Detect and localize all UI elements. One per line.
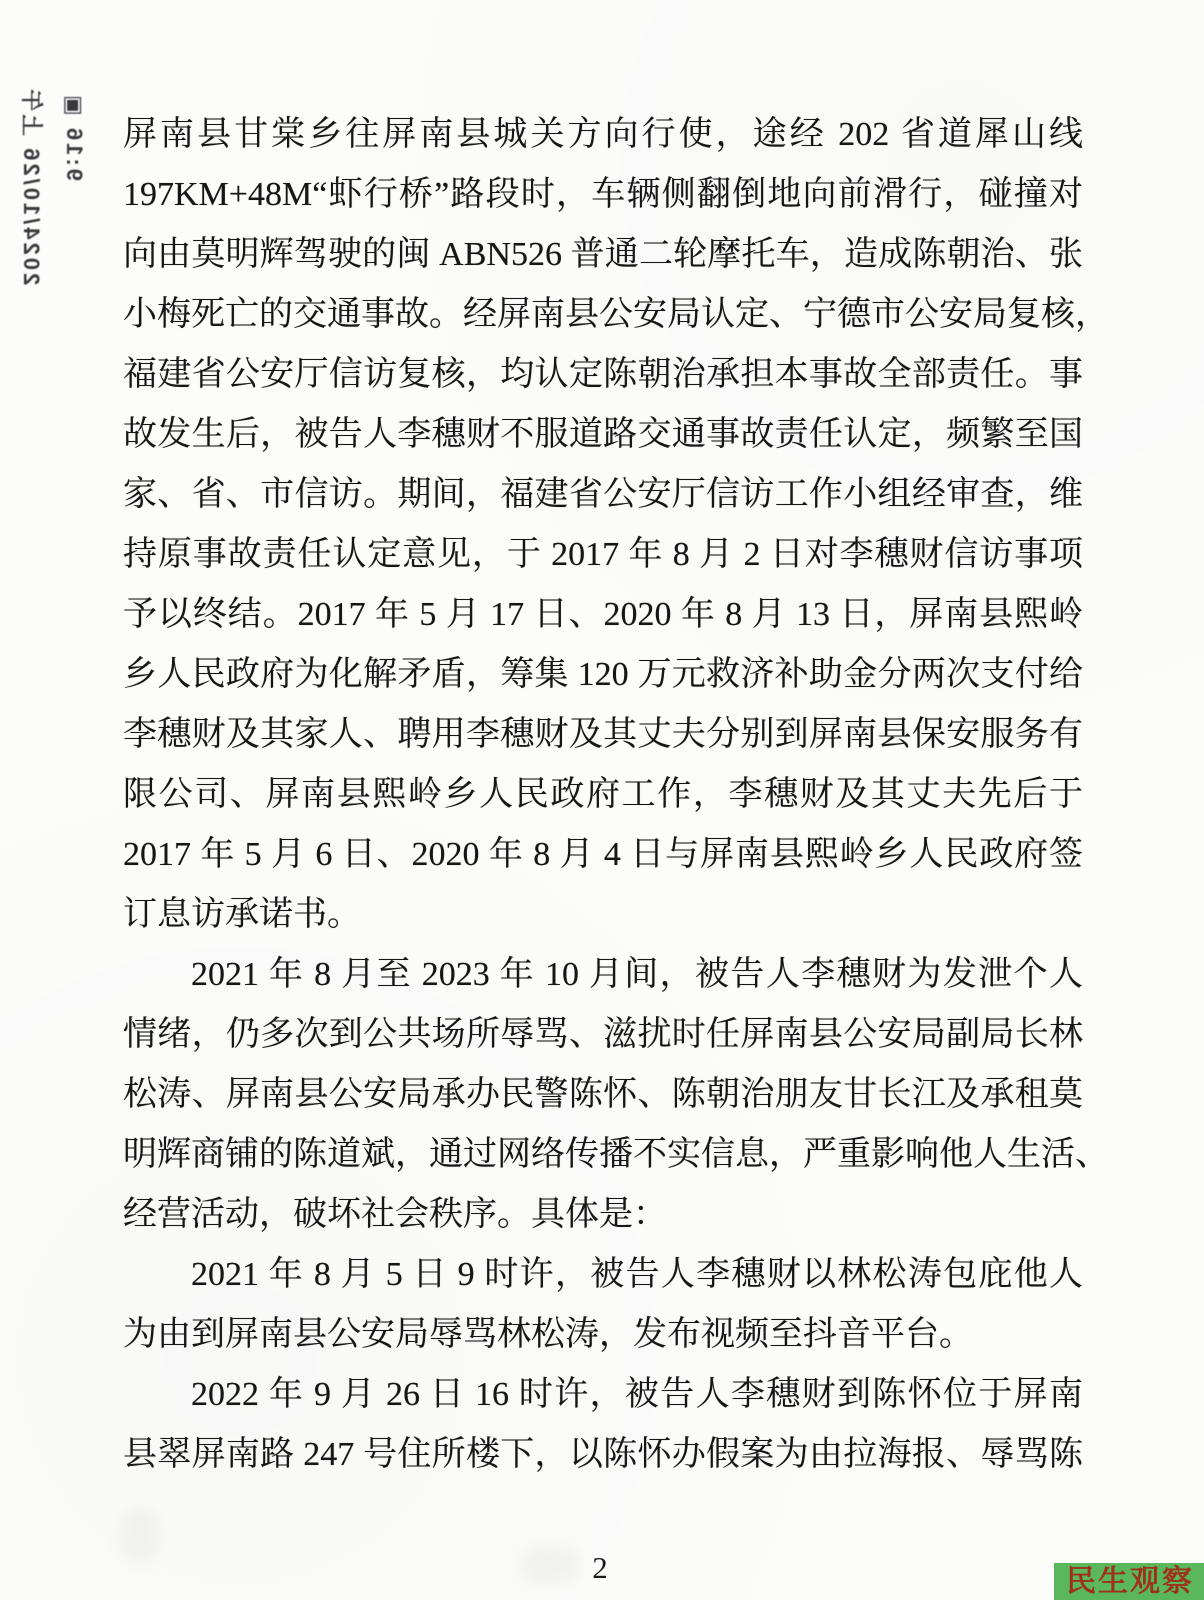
page-number: 2 <box>558 1550 642 1586</box>
text-line: 订息访承诺书。 <box>123 885 1083 945</box>
text-line: 向由莫明辉驾驶的闽 ABN526 普通二轮摩托车，造成陈朝治、张 <box>123 225 1083 285</box>
text-line: 限公司、屏南县熙岭乡人民政府工作，李穗财及其丈夫先后于 <box>123 765 1083 825</box>
text-line: 2022 年 9 月 26 日 16 时许，被告人李穗财到陈怀位于屏南 <box>123 1365 1083 1425</box>
text-line: 县翠屏南路 247 号住所楼下，以陈怀办假案为由拉海报、辱骂陈 <box>123 1425 1083 1485</box>
text-line: 屏南县甘棠乡往屏南县城关方向行使，途经 202 省道犀山线 <box>123 105 1083 165</box>
scan-timestamp-stamp-time: 9:16 ▣ <box>59 92 89 238</box>
text-line: 福建省公安厅信访复核，均认定陈朝治承担本事故全部责任。事 <box>123 345 1083 405</box>
scan-smudge <box>120 1508 160 1563</box>
text-line: 予以终结。2017 年 5 月 17 日、2020 年 8 月 13 日，屏南县… <box>123 585 1083 645</box>
text-line: 故发生后，被告人李穗财不服道路交通事故责任认定，频繁至国 <box>123 405 1083 465</box>
text-line: 李穗财及其家人、聘用李穗财及其丈夫分别到屏南县保安服务有 <box>123 705 1083 765</box>
text-line: 2017 年 5 月 6 日、2020 年 8 月 4 日与屏南县熙岭乡人民政府… <box>123 825 1083 885</box>
text-line: 2021 年 8 月 5 日 9 时许，被告人李穗财以林松涛包庇他人 <box>123 1245 1083 1305</box>
text-line: 经营活动，破坏社会秩序。具体是： <box>123 1185 1083 1245</box>
text-line: 为由到屏南县公安局辱骂林松涛，发布视频至抖音平台。 <box>123 1305 1083 1365</box>
stamp-date-text: 2024/10/26 上午 <box>16 86 46 285</box>
text-line: 持原事故责任认定意见，于 2017 年 8 月 2 日对李穗财信访事项 <box>123 525 1083 585</box>
text-line: 情绪，仍多次到公共场所辱骂、滋扰时任屏南县公安局副局长林 <box>123 1005 1083 1065</box>
judgment-body-text: 屏南县甘棠乡往屏南县城关方向行使，途经 202 省道犀山线197KM+48M“虾… <box>123 105 1083 1485</box>
watermark-badge: 民生观察 <box>1054 1563 1204 1600</box>
text-line: 197KM+48M“虾行桥”路段时，车辆侧翻倒地向前滑行，碰撞对 <box>123 165 1083 225</box>
text-line: 小梅死亡的交通事故。经屏南县公安局认定、宁德市公安局复核， <box>123 285 1083 345</box>
text-line: 松涛、屏南县公安局承办民警陈怀、陈朝治朋友甘长江及承租莫 <box>123 1065 1083 1125</box>
text-line: 乡人民政府为化解矛盾，筹集 120 万元救济补助金分两次支付给 <box>123 645 1083 705</box>
text-line: 2021 年 8 月至 2023 年 10 月间，被告人李穗财为发泄个人 <box>123 945 1083 1005</box>
text-line: 明辉商铺的陈道斌，通过网络传播不实信息，严重影响他人生活、 <box>123 1125 1083 1185</box>
stamp-time-text: 9:16 ▣ <box>59 92 89 181</box>
text-line: 家、省、市信访。期间，福建省公安厅信访工作小组经审查，维 <box>123 465 1083 525</box>
scan-timestamp-stamp-date: 2024/10/26 上午 <box>16 86 46 302</box>
scanned-document-page: 2024/10/26 上午 9:16 ▣ 屏南县甘棠乡往屏南县城关方向行使，途经… <box>0 0 1204 1600</box>
